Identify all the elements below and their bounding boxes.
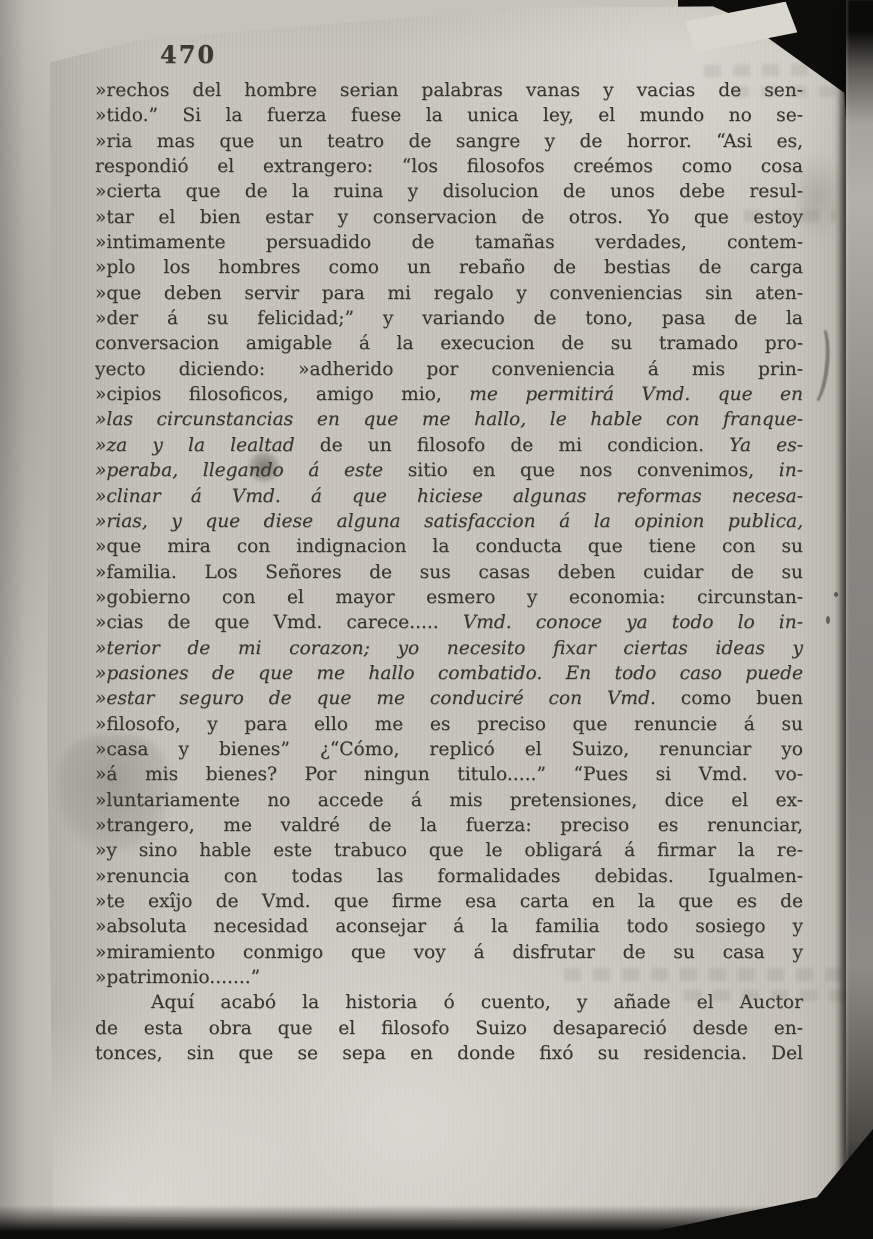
text-line: »las circunstancias en que me hallo, le …	[95, 407, 803, 432]
text-line: »gobierno con el mayor esmero y economia…	[95, 585, 803, 610]
italic-text-segment: in-	[779, 460, 803, 481]
italic-text-segment: »za y la lealtad	[95, 435, 320, 456]
italic-text-segment: »estar seguro de que me conduciré con Vm…	[95, 688, 681, 709]
text-line: »plo los hombres como un rebaño de besti…	[95, 255, 803, 280]
italic-text-segment: Vmd. conoce ya todo lo in-	[463, 612, 803, 633]
text-line: tonces, sin que se sepa en donde fixó su…	[95, 1041, 803, 1066]
text-segment: »á mis bienes? Por ningun titulo.....” “…	[95, 764, 803, 785]
text-line: yecto diciendo: »adherido por convenienc…	[95, 357, 803, 382]
text-segment: »y sino hable este trabuco que le obliga…	[95, 840, 803, 861]
italic-text-segment: »rias, y que diese alguna satisfaccion á…	[95, 511, 803, 532]
text-line: »cias de que Vmd. carece..... Vmd. conoc…	[95, 610, 803, 635]
text-line: »rechos del hombre serian palabras vanas…	[95, 78, 803, 103]
text-line: »absoluta necesidad aconsejar á la famil…	[95, 914, 803, 939]
text-segment: »te exîjo de Vmd. que firme esa carta en…	[95, 891, 803, 912]
text-line: de esta obra que el filosofo Suizo desap…	[95, 1016, 803, 1041]
text-line: respondió el extrangero: “los filosofos …	[95, 154, 803, 179]
text-segment: »plo los hombres como un rebaño de besti…	[95, 257, 803, 278]
text-segment: de esta obra que el filosofo Suizo desap…	[95, 1018, 803, 1039]
text-line: »cierta que de la ruina y disolucion de …	[95, 179, 803, 204]
ink-speck	[834, 592, 838, 597]
text-line: »der á su felicidad;” y variando de tono…	[95, 306, 803, 331]
text-line: »pasiones de que me hallo combatido. En …	[95, 661, 803, 686]
text-line: »filosofo, y para ello me es preciso que…	[95, 712, 803, 737]
text-segment: conversacion amigable á la execucion de …	[95, 333, 803, 354]
italic-text-segment: »clinar á Vmd. á que hiciese algunas ref…	[95, 486, 803, 507]
text-segment: »patrimonio.......”	[95, 967, 260, 988]
text-segment: Aquí acabó la historia ó cuento, y añade…	[151, 992, 803, 1013]
italic-text-segment: »las circunstancias en que me hallo, le …	[95, 409, 803, 430]
text-segment: como buen	[681, 688, 803, 709]
text-segment: »tar el bien estar y conservacion de otr…	[95, 207, 803, 228]
text-line: »luntariamente no accede á mis pretensio…	[95, 788, 803, 813]
text-line: »cipios filosoficos, amigo mio, me permi…	[95, 382, 803, 407]
text-line: »familia. Los Señores de sus casas deben…	[95, 560, 803, 585]
text-segment: »rechos del hombre serian palabras vanas…	[95, 80, 803, 101]
text-line: »ria mas que un teatro de sangre y de ho…	[95, 129, 803, 154]
text-segment: »trangero, me valdré de la fuerza: preci…	[95, 815, 803, 836]
text-block: »rechos del hombre serian palabras vanas…	[95, 78, 803, 1066]
text-line: »trangero, me valdré de la fuerza: preci…	[95, 813, 803, 838]
text-line: »rias, y que diese alguna satisfaccion á…	[95, 509, 803, 534]
text-line: »patrimonio.......”	[95, 965, 803, 990]
text-segment: yecto diciendo: »adherido por convenienc…	[95, 359, 803, 380]
text-segment: »luntariamente no accede á mis pretensio…	[95, 790, 803, 811]
text-line: »te exîjo de Vmd. que firme esa carta en…	[95, 889, 803, 914]
page-number: 470	[160, 40, 216, 69]
text-segment: »renuncia con todas las formalidades deb…	[95, 866, 803, 887]
text-segment: »ria mas que un teatro de sangre y de ho…	[95, 131, 803, 152]
text-segment: »der á su felicidad;” y variando de tono…	[95, 308, 803, 329]
text-segment: tonces, sin que se sepa en donde fixó su…	[95, 1043, 803, 1064]
text-segment: »que mira con indignacion la conducta qu…	[95, 536, 803, 557]
text-segment: »filosofo, y para ello me es preciso que…	[95, 714, 803, 735]
page-sheet: 470 »rechos del hombre serian palabras v…	[44, 4, 850, 1222]
text-line: »que deben servir para mi regalo y conve…	[95, 281, 803, 306]
text-line: »miramiento conmigo que voy á disfrutar …	[95, 940, 803, 965]
text-line: conversacion amigable á la execucion de …	[95, 331, 803, 356]
text-line: Aquí acabó la historia ó cuento, y añade…	[95, 990, 803, 1015]
text-line: »y sino hable este trabuco que le obliga…	[95, 838, 803, 863]
italic-text-segment: »pasiones de que me hallo combatido. En …	[95, 663, 803, 684]
text-segment: »cias de que Vmd. carece.....	[95, 612, 463, 633]
text-line: »peraba, llegando á este sitio en que no…	[95, 458, 803, 483]
italic-text-segment: »peraba, llegando á este	[95, 460, 408, 481]
text-line: »estar seguro de que me conduciré con Vm…	[95, 686, 803, 711]
text-line: »que mira con indignacion la conducta qu…	[95, 534, 803, 559]
text-segment: sitio en que nos convenimos,	[408, 460, 779, 481]
text-line: »casa y bienes” ¿“Cómo, replicó el Suizo…	[95, 737, 803, 762]
text-line: »á mis bienes? Por ningun titulo.....” “…	[95, 762, 803, 787]
italic-text-segment: me permitirá Vmd. que en	[469, 384, 803, 405]
text-segment: »miramiento conmigo que voy á disfrutar …	[95, 942, 803, 963]
italic-text-segment: Ya es-	[729, 435, 803, 456]
margin-ink-mark	[800, 323, 833, 407]
text-segment: »que deben servir para mi regalo y conve…	[95, 283, 803, 304]
ink-speck	[826, 616, 830, 624]
text-line: »renuncia con todas las formalidades deb…	[95, 864, 803, 889]
page-stack-edge	[846, 0, 873, 1239]
text-segment: »cierta que de la ruina y disolucion de …	[95, 181, 803, 202]
text-segment: »cipios filosoficos, amigo mio,	[95, 384, 469, 405]
text-segment: respondió el extrangero: “los filosofos …	[95, 156, 803, 177]
text-line: »intimamente persuadido de tamañas verda…	[95, 230, 803, 255]
text-segment: »gobierno con el mayor esmero y economia…	[95, 587, 803, 608]
text-segment: »absoluta necesidad aconsejar á la famil…	[95, 916, 803, 937]
text-line: »clinar á Vmd. á que hiciese algunas ref…	[95, 484, 803, 509]
text-line: »tido.” Si la fuerza fuese la unica ley,…	[95, 103, 803, 128]
text-line: »za y la lealtad de un filosofo de mi co…	[95, 433, 803, 458]
book-scan: 470 »rechos del hombre serian palabras v…	[0, 0, 873, 1239]
text-segment: »familia. Los Señores de sus casas deben…	[95, 562, 803, 583]
text-line: »tar el bien estar y conservacion de otr…	[95, 205, 803, 230]
italic-text-segment: »terior de mi corazon; yo necesito fixar…	[95, 638, 803, 659]
text-segment: »casa y bienes” ¿“Cómo, replicó el Suizo…	[95, 739, 803, 760]
text-line: »terior de mi corazon; yo necesito fixar…	[95, 636, 803, 661]
text-segment: de un filosofo de mi condicion.	[320, 435, 729, 456]
text-segment: »intimamente persuadido de tamañas verda…	[95, 232, 803, 253]
text-segment: »tido.” Si la fuerza fuese la unica ley,…	[95, 105, 803, 126]
